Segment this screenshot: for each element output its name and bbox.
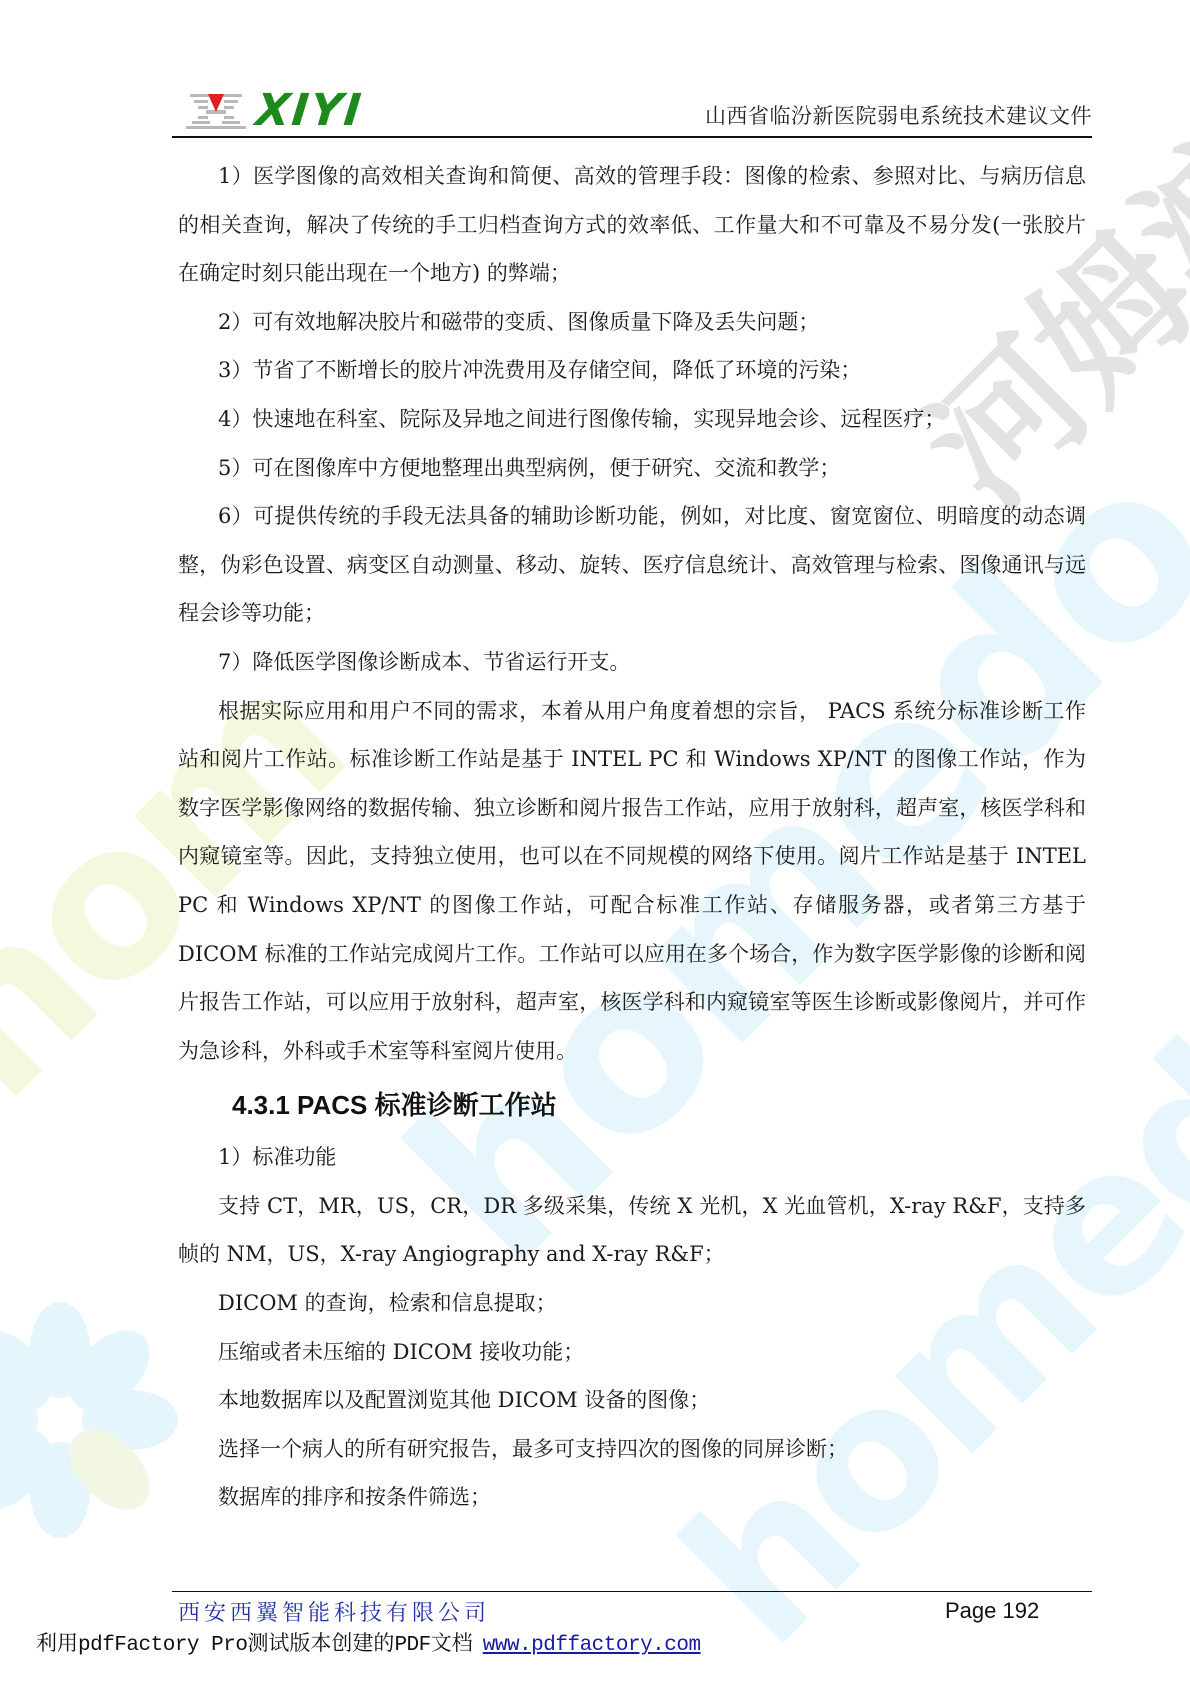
page-number: Page 192 bbox=[945, 1598, 1039, 1624]
document-body: 1）医学图像的高效相关查询和简便、高效的管理手段：图像的检索、参照对比、与病历信… bbox=[178, 152, 1086, 1522]
footer-company-name: 西安西翼智能科技有限公司 bbox=[178, 1596, 490, 1627]
paragraph-item-4: 4）快速地在科室、院际及异地之间进行图像传输，实现异地会诊、远程医疗； bbox=[178, 395, 1086, 444]
notice-prefix: 利用 bbox=[36, 1631, 78, 1655]
notice-pdf: PDF bbox=[394, 1634, 430, 1657]
notice-suffix: 文档 bbox=[431, 1631, 473, 1655]
paragraph-pacs-overview: 根据实际应用和用户不同的需求，本着从用户角度着想的宗旨， PACS 系统分标准诊… bbox=[178, 687, 1086, 1076]
section-heading: 4.3.1 PACS 标准诊断工作站 bbox=[232, 1079, 1086, 1131]
paragraph-item-6: 6）可提供传统的手段无法具备的辅助诊断功能，例如，对比度、窗宽窗位、明暗度的动态… bbox=[178, 492, 1086, 638]
notice-product: pdfFactory Pro bbox=[78, 1634, 247, 1657]
document-page: XIYI 山西省临汾新医院弱电系统技术建议文件 1）医学图像的高效相关查询和简便… bbox=[0, 0, 1190, 1684]
feature-item: 选择一个病人的所有研究报告，最多可支持四次的图像的同屏诊断； bbox=[178, 1425, 1086, 1474]
feature-item: 本地数据库以及配置浏览其他 DICOM 设备的图像； bbox=[178, 1376, 1086, 1425]
feature-item: 数据库的排序和按条件筛选； bbox=[178, 1473, 1086, 1522]
footer-divider bbox=[172, 1591, 1092, 1592]
header-divider bbox=[172, 136, 1092, 138]
paragraph-item-2: 2）可有效地解决胶片和磁带的变质、图像质量下降及丢失问题； bbox=[178, 298, 1086, 347]
feature-item: DICOM 的查询，检索和信息提取； bbox=[178, 1279, 1086, 1328]
page-header: XIYI 山西省临汾新医院弱电系统技术建议文件 bbox=[172, 88, 1092, 136]
notice-middle: 测试版本创建的 bbox=[247, 1631, 394, 1655]
paragraph-item-3: 3）节省了不断增长的胶片冲洗费用及存储空间，降低了环境的污染； bbox=[178, 346, 1086, 395]
company-logo: XIYI bbox=[186, 92, 363, 130]
pdf-creator-notice: 利用pdfFactory Pro测试版本创建的PDF文档www.pdffacto… bbox=[36, 1627, 701, 1657]
document-title: 山西省临汾新医院弱电系统技术建议文件 bbox=[705, 100, 1092, 130]
pdffactory-link[interactable]: www.pdffactory.com bbox=[483, 1634, 701, 1657]
paragraph-item-5: 5）可在图像库中方便地整理出典型病例，便于研究、交流和教学； bbox=[178, 444, 1086, 493]
feature-item: 压缩或者未压缩的 DICOM 接收功能； bbox=[178, 1328, 1086, 1377]
logo-wordmark: XIYI bbox=[254, 92, 365, 130]
xiyi-logo-icon bbox=[186, 92, 246, 130]
subsection-title: 1）标准功能 bbox=[178, 1133, 1086, 1182]
paragraph-item-1: 1）医学图像的高效相关查询和简便、高效的管理手段：图像的检索、参照对比、与病历信… bbox=[178, 152, 1086, 298]
feature-item: 支持 CT，MR，US，CR，DR 多级采集，传统 X 光机，X 光血管机，X-… bbox=[178, 1182, 1086, 1279]
paragraph-item-7: 7）降低医学图像诊断成本、节省运行开支。 bbox=[178, 638, 1086, 687]
